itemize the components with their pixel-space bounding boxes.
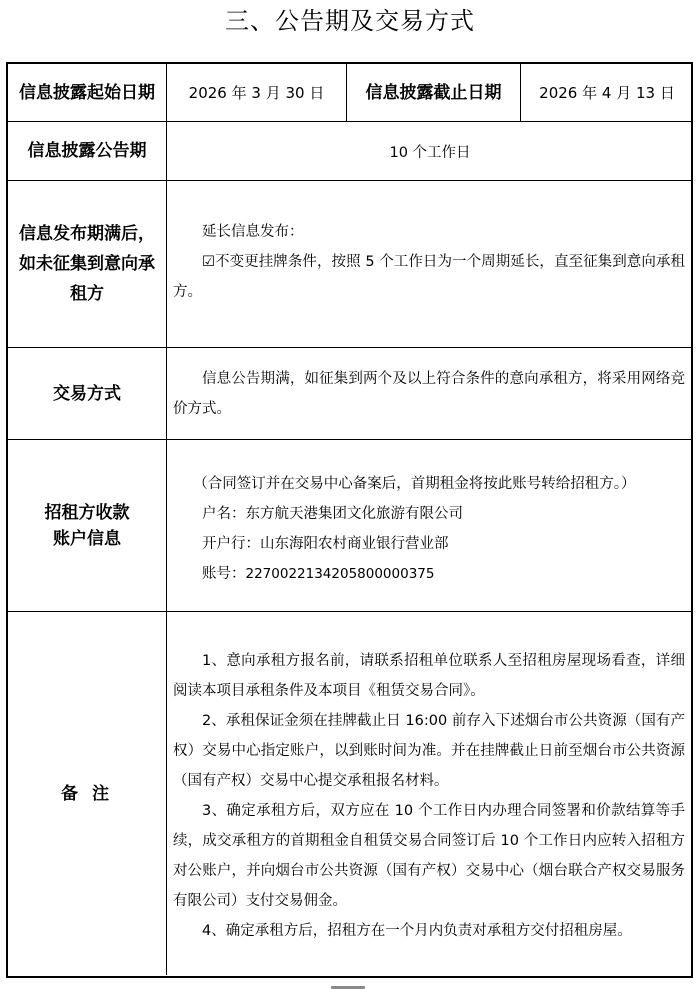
period-value: 10 个工作日 xyxy=(167,122,693,180)
row-transaction-method: 交易方式 信息公告期满，如征集到两个及以上符合条件的意向承租方，将采用网络竞价方… xyxy=(8,348,691,440)
row-remarks: 备 注 1、意向承租方报名前，请联系招租单位联系人至招租房屋现场看查，详细阅读本… xyxy=(8,612,691,975)
method-content: 信息公告期满，如征集到两个及以上符合条件的意向承租方，将采用网络竞价方式。 xyxy=(167,348,693,439)
start-date-value: 2026 年 3 月 30 日 xyxy=(167,64,347,121)
row-disclosure-dates: 信息披露起始日期 2026 年 3 月 30 日 信息披露截止日期 2026 年… xyxy=(8,64,691,122)
remarks-label: 备 注 xyxy=(8,612,167,975)
account-label-line-2: 账户信息 xyxy=(53,526,121,552)
start-date-label: 信息披露起始日期 xyxy=(8,64,167,121)
extension-label-line-3: 租方 xyxy=(70,279,104,309)
end-date-label: 信息披露截止日期 xyxy=(347,64,521,121)
account-label: 招租方收款 账户信息 xyxy=(8,440,167,611)
account-number-label: 账号： xyxy=(202,566,246,582)
remark-item-4: 4、确定承租方后，招租方在一个月内负责对承租方交付招租房屋。 xyxy=(173,916,685,946)
method-label: 交易方式 xyxy=(8,348,167,439)
account-label-line-1: 招租方收款 xyxy=(45,500,130,526)
bank-value: 山东海阳农村商业银行营业部 xyxy=(260,536,449,552)
extension-label: 信息发布期满后， 如未征集到意向承 租方 xyxy=(8,181,167,347)
row-extension: 信息发布期满后， 如未征集到意向承 租方 延长信息发布： ☑不变更挂牌条件，按照… xyxy=(8,181,691,348)
extension-label-line-2: 如未征集到意向承 xyxy=(19,249,155,279)
extension-option-no-change: ☑不变更挂牌条件，按照 5 个工作日为一个周期延长，直至征集到意向承租方。 xyxy=(173,247,685,307)
account-note: （合同签订并在交易中心备案后，首期租金将按此账号转给招租方。） xyxy=(173,469,685,499)
extension-label-line-1: 信息发布期满后， xyxy=(19,219,155,249)
end-date-value: 2026 年 4 月 13 日 xyxy=(521,64,693,121)
extension-content: 延长信息发布： ☑不变更挂牌条件，按照 5 个工作日为一个周期延长，直至征集到意… xyxy=(167,181,693,347)
account-number-line: 账号：2270022134205800000375 xyxy=(173,559,685,589)
remarks-content: 1、意向承租方报名前，请联系招租单位联系人至招租房屋现场看查，详细阅读本项目承租… xyxy=(167,612,693,975)
method-text: 信息公告期满，如征集到两个及以上符合条件的意向承租方，将采用网络竞价方式。 xyxy=(173,364,685,424)
row-account-info: 招租方收款 账户信息 （合同签订并在交易中心备案后，首期租金将按此账号转给招租方… xyxy=(8,440,691,612)
row-disclosure-period: 信息披露公告期 10 个工作日 xyxy=(8,122,691,181)
remark-item-1: 1、意向承租方报名前，请联系招租单位联系人至招租房屋现场看查，详细阅读本项目承租… xyxy=(173,646,685,706)
bank-label: 开户行： xyxy=(202,536,260,552)
announcement-table: 信息披露起始日期 2026 年 3 月 30 日 信息披露截止日期 2026 年… xyxy=(6,62,693,978)
account-name-line: 户名：东方航天港集团文化旅游有限公司 xyxy=(173,499,685,529)
section-title: 三、公告期及交易方式 xyxy=(0,4,700,38)
account-name-label: 户名： xyxy=(202,506,246,522)
account-number-value: 2270022134205800000375 xyxy=(246,566,435,582)
extension-heading: 延长信息发布： xyxy=(173,217,685,247)
remark-item-3: 3、确定承租方后，双方应在 10 个工作日内办理合同签署和价款结算等手续，成交承… xyxy=(173,796,685,916)
bank-line: 开户行：山东海阳农村商业银行营业部 xyxy=(173,529,685,559)
remark-item-2: 2、承租保证金须在挂牌截止日 16:00 前存入下述烟台市公共资源（国有产权）交… xyxy=(173,706,685,796)
account-content: （合同签订并在交易中心备案后，首期租金将按此账号转给招租方。） 户名：东方航天港… xyxy=(167,440,693,611)
period-label: 信息披露公告期 xyxy=(8,122,167,180)
account-name-value: 东方航天港集团文化旅游有限公司 xyxy=(246,506,464,522)
